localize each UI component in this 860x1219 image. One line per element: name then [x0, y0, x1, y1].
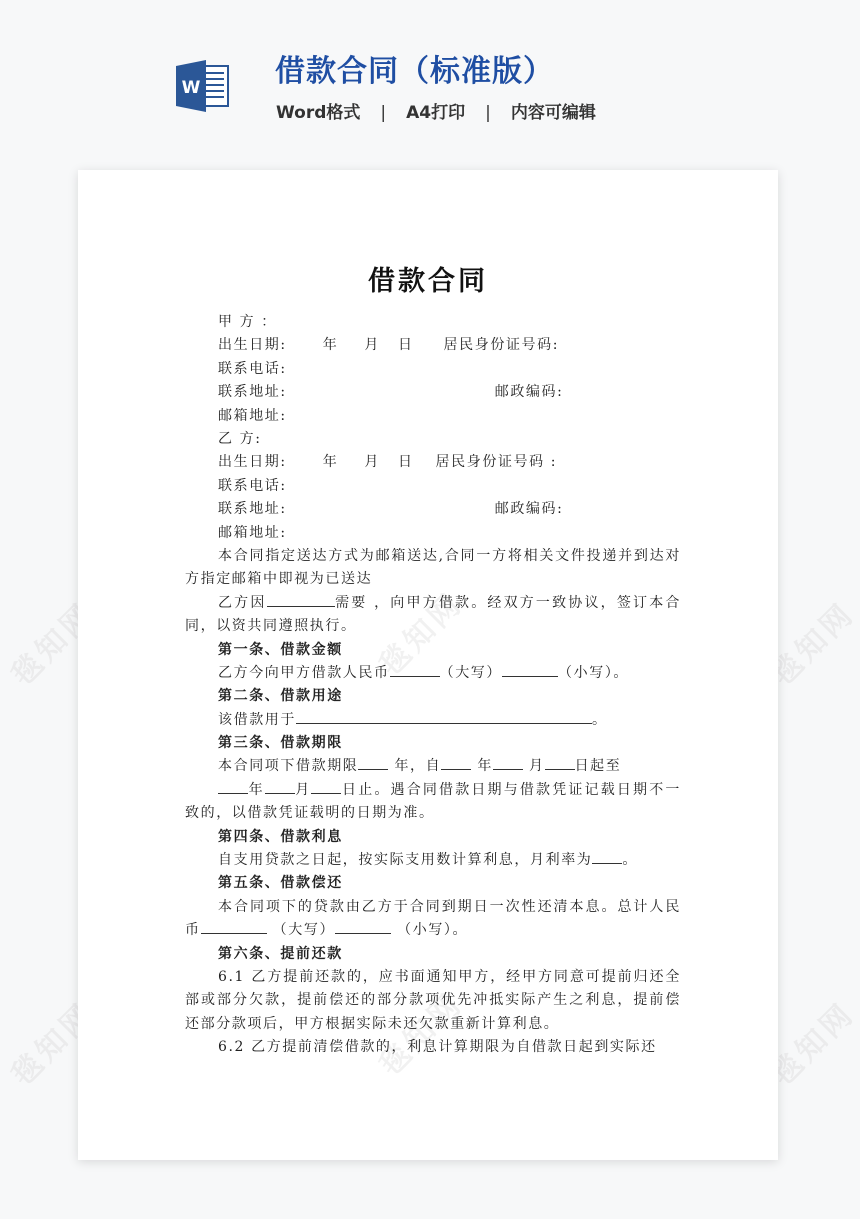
id-label: 居民身份证号码:	[444, 337, 560, 353]
birth-label: 出生日期:	[218, 337, 287, 353]
id-label: 居民身份证号码 :	[436, 454, 558, 470]
article-1-text: 乙方今向甲方借款人民币（大写）（小写）。	[185, 662, 681, 685]
upper-label: （大写）	[267, 922, 335, 938]
postcode-label: 邮政编码:	[495, 501, 564, 517]
year-label: 年	[323, 454, 339, 470]
month-label: 月	[364, 337, 380, 353]
article-1-heading: 第一条、借款金额	[185, 639, 681, 662]
article-text: 本合同项下借款期限	[218, 758, 358, 774]
month-label: 月	[364, 454, 380, 470]
article-text: 年	[248, 782, 265, 798]
party-b-address-row: 联系地址:邮政编码:	[185, 498, 681, 521]
usage-blank[interactable]	[296, 709, 592, 724]
article-5-heading: 第五条、借款偿还	[185, 872, 681, 895]
address-label: 联系地址:	[218, 501, 287, 517]
end-month-blank[interactable]	[265, 779, 295, 794]
address-label: 联系地址:	[218, 384, 287, 400]
article-text: 年，自	[388, 758, 441, 774]
article-3-line-1: 本合同项下借款期限 年，自 年 月日起至	[185, 755, 681, 778]
party-b-phone: 联系电话:	[185, 475, 681, 498]
amount-lower-blank[interactable]	[502, 662, 558, 677]
badge-editable: 内容可编辑	[511, 101, 596, 125]
end-year-blank[interactable]	[218, 779, 248, 794]
total-lower-blank[interactable]	[335, 919, 391, 934]
article-text: 月	[523, 758, 545, 774]
lower-label: （小写）。	[558, 665, 629, 681]
party-a-label: 甲 方 ：	[185, 311, 681, 334]
party-b-birth-row: 出生日期:年月日居民身份证号码 :	[185, 451, 681, 474]
article-text: 年	[471, 758, 493, 774]
article-5-text: 本合同项下的贷款由乙方于合同到期日一次性还清本息。总计人民币 （大写） （小写）…	[185, 896, 681, 943]
birth-label: 出生日期:	[218, 454, 287, 470]
lower-label: （小写）。	[391, 922, 468, 938]
article-text-suffix: 。	[592, 712, 608, 728]
article-3-line-2: 年月日止。遇合同借款日期与借款凭证记载日期不一致的，以借款凭证载明的日期为准。	[152, 779, 681, 826]
party-a-address-row: 联系地址:邮政编码:	[185, 381, 681, 404]
article-6-1: 6.1 乙方提前还款的，应书面通知甲方，经甲方同意可提前归还全部或部分欠款，提前…	[185, 966, 681, 1036]
article-4-heading: 第四条、借款利息	[185, 826, 681, 849]
article-2-heading: 第二条、借款用途	[185, 685, 681, 708]
article-6-heading: 第六条、提前还款	[185, 943, 681, 966]
party-a-birth-row: 出生日期:年月日居民身份证号码:	[185, 334, 681, 357]
document-page: 毯知网 毯知网 借款合同 甲 方 ： 出生日期:年月日居民身份证号码: 联系电话…	[78, 170, 778, 1160]
day-label: 日	[398, 454, 414, 470]
intro-prefix: 乙方因	[218, 595, 267, 611]
end-day-blank[interactable]	[311, 779, 341, 794]
article-6-2: 6.2 乙方提前清偿借款的，利息计算期限为自借款日起到实际还	[185, 1036, 681, 1059]
purpose-blank[interactable]	[267, 592, 335, 607]
postcode-label: 邮政编码:	[495, 384, 564, 400]
total-upper-blank[interactable]	[201, 919, 267, 934]
amount-upper-blank[interactable]	[390, 662, 440, 677]
document-title: 借款合同	[78, 262, 778, 302]
header-badges: Word格式 | A4打印 | 内容可编辑	[276, 101, 596, 125]
party-b-email: 邮箱地址:	[185, 522, 681, 545]
party-b-label: 乙 方:	[185, 428, 681, 451]
document-body: 甲 方 ： 出生日期:年月日居民身份证号码: 联系电话: 联系地址:邮政编码: …	[185, 311, 681, 1060]
article-text: 自支用贷款之日起，按实际支用数计算利息，月利率为	[218, 852, 592, 868]
badge-print: A4打印	[406, 101, 465, 125]
svg-text:W: W	[182, 78, 201, 98]
upper-label: （大写）	[440, 665, 502, 681]
article-3-heading: 第三条、借款期限	[185, 732, 681, 755]
article-text-suffix: 。	[622, 852, 638, 868]
word-doc-icon: W	[174, 60, 230, 112]
separator: |	[380, 101, 386, 125]
start-year-blank[interactable]	[441, 755, 471, 770]
article-text: 月	[295, 782, 312, 798]
header-title: 借款合同（标准版）	[275, 52, 554, 92]
intro-paragraph: 乙方因需要 ，向甲方借款。经双方一致协议，签订本合同，以资共同遵照执行。	[185, 592, 681, 639]
year-label: 年	[323, 337, 339, 353]
day-label: 日	[398, 337, 414, 353]
article-2-text: 该借款用于。	[185, 709, 681, 732]
separator: |	[485, 101, 491, 125]
article-4-text: 自支用贷款之日起，按实际支用数计算利息，月利率为。	[185, 849, 681, 872]
article-text: 乙方今向甲方借款人民币	[218, 665, 390, 681]
interest-rate-blank[interactable]	[592, 849, 622, 864]
article-text: 日起至	[575, 758, 622, 774]
term-years-blank[interactable]	[358, 755, 388, 770]
delivery-clause: 本合同指定送达方式为邮箱送达,合同一方将相关文件投递并到达对方指定邮箱中即视为已…	[185, 545, 681, 592]
badge-format: Word格式	[276, 101, 360, 125]
party-a-email: 邮箱地址:	[185, 405, 681, 428]
party-a-phone: 联系电话:	[185, 358, 681, 381]
header: W 借款合同（标准版） Word格式 | A4打印 | 内容可编辑	[0, 0, 860, 160]
start-day-blank[interactable]	[545, 755, 575, 770]
start-month-blank[interactable]	[493, 755, 523, 770]
article-text: 该借款用于	[218, 712, 296, 728]
